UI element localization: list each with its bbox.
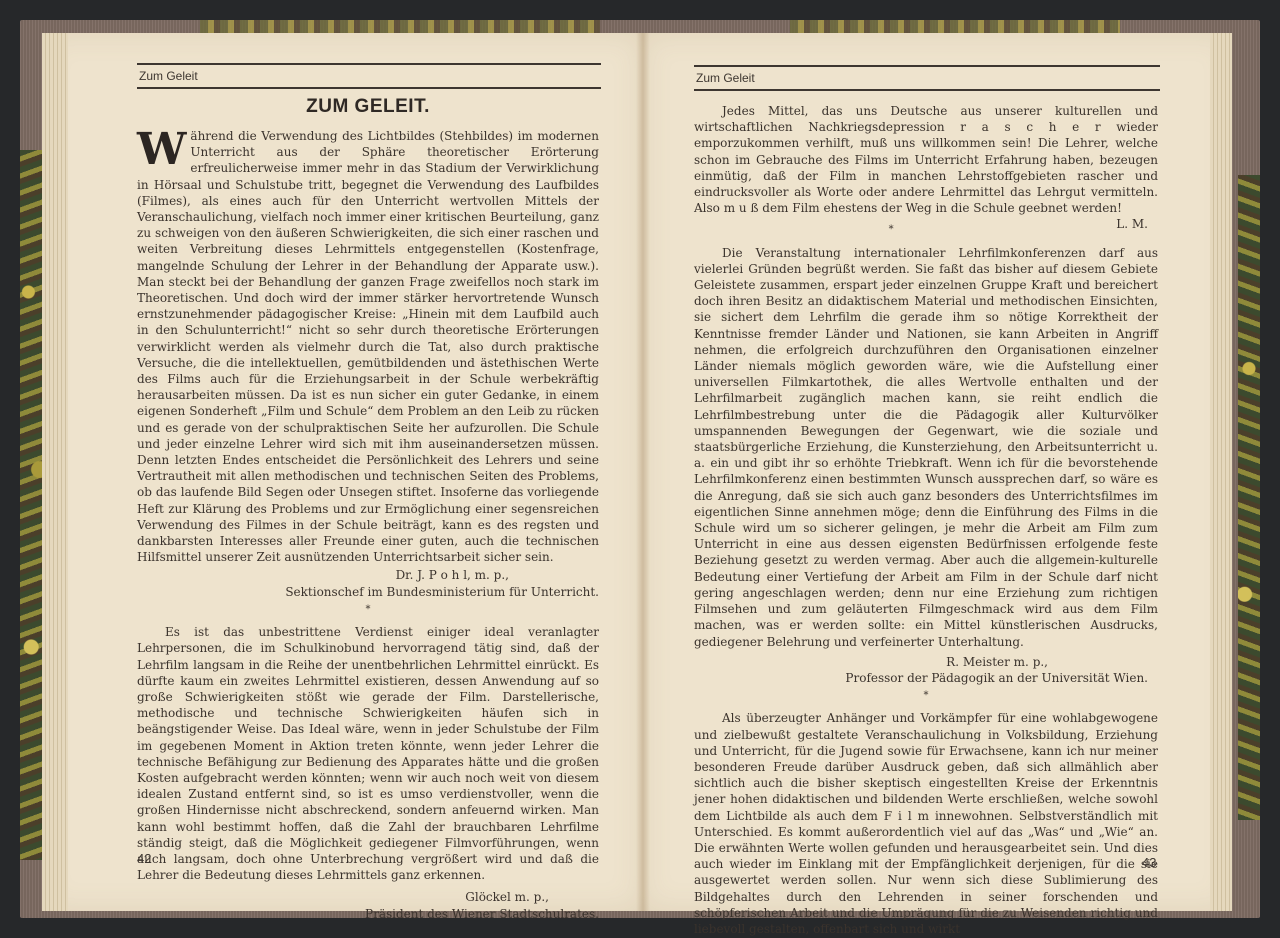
book-gutter: [636, 33, 650, 911]
page-number-right: 43: [1142, 855, 1156, 870]
paragraph-1: Jedes Mittel, das uns Deutsche aus unser…: [694, 103, 1158, 216]
page-stack-right: [1210, 33, 1232, 911]
paragraph-2: Die Veranstaltung internationaler Lehrfi…: [694, 245, 1158, 650]
right-page-body: Jedes Mittel, das uns Deutsche aus unser…: [694, 103, 1158, 937]
running-head-left: Zum Geleit: [137, 63, 601, 89]
separator-star-2: *: [694, 688, 1158, 704]
left-page-body: Während die Verwendung des Lichtbildes (…: [137, 128, 599, 922]
page-stack-left: [42, 33, 68, 911]
paragraph-1: Während die Verwendung des Lichtbildes (…: [137, 128, 599, 565]
signature-name-gloeckel: Glöckel m. p.,: [137, 889, 599, 905]
running-head-right: Zum Geleit: [694, 65, 1160, 91]
paragraph-2: Es ist das unbestrittene Verdienst einig…: [137, 624, 599, 883]
signature-lm: L. M.: [1088, 216, 1148, 232]
signature-name-pohl: Dr. J. P o h l, m. p.,: [137, 567, 599, 583]
signature-title-meister: Professor der Pädagogik an der Universit…: [694, 670, 1158, 686]
separator-star: *: [137, 602, 599, 618]
signature-title-gloeckel: Präsident des Wiener Stadtschulrates.: [137, 906, 599, 922]
page-title: ZUM GELEIT.: [137, 96, 599, 118]
marbled-edge-top-right: [790, 20, 1120, 34]
signature-name-meister: R. Meister m. p.,: [694, 654, 1158, 670]
page-number-left: 42: [137, 851, 151, 866]
marbled-edge-right: [1238, 175, 1260, 820]
marbled-edge-top-left: [200, 20, 600, 34]
paragraph-3: Als überzeugter Anhänger und Vorkämpfer …: [694, 710, 1158, 937]
signature-title-pohl: Sektionschef im Bundesministerium für Un…: [137, 584, 599, 600]
drop-cap: W: [137, 130, 186, 170]
